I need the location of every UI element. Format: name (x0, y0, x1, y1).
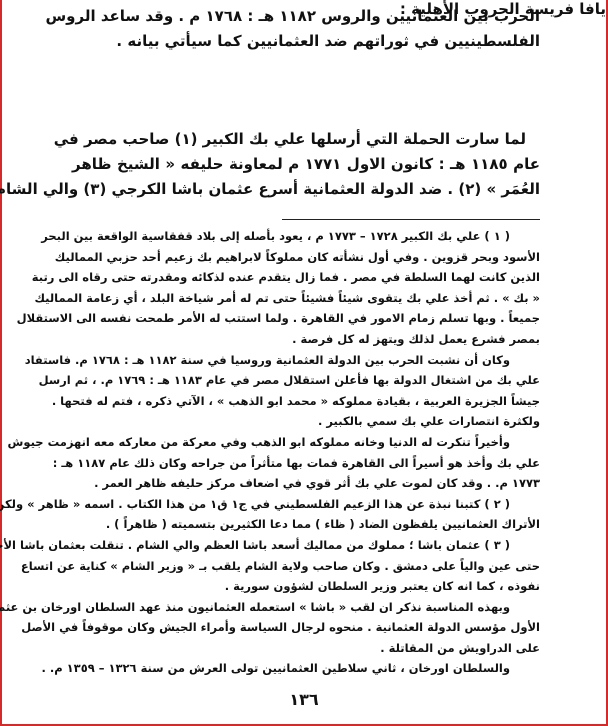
text-line: لما سارت الحملة التي أرسلها علي بك الكبي… (72, 127, 540, 152)
footnote-line: والسلطان اورخان ، ثاني سلاطين العثمانيين… (82, 658, 540, 679)
footnote-divider (282, 219, 540, 220)
footnote-line: وكان أن نشبت الحرب بين الدولة العثمانية … (82, 350, 540, 371)
footnote-line: الأول مؤسس الدولة العثمانية . منحوه لرجا… (82, 617, 540, 638)
footnotes: ( ١ ) علي بك الكبير ١٧٢٨ – ١٧٧٣ م ، يعود… (82, 226, 540, 679)
text-line: العُمَر » (٢) . ضد الدولة العثمانية أسرع… (72, 177, 540, 202)
footnote-line: ( ٣ ) عثمان باشا ؛ مملوك من مماليك أسعد … (82, 535, 540, 556)
footnote-line: وبهذه المناسبة نذكر ان لقب « باشا » استع… (82, 597, 540, 618)
intro-paragraph: الحرب بين العثمانيين والروس ١١٨٢ هـ : ١٧… (72, 4, 540, 54)
footnote-line: ( ٢ ) كتبنا نبذة عن هذا الزعيم الفلسطيني… (82, 494, 540, 515)
footnote-line: علي بك من اشتغال الدولة بها فأعلن استقلا… (82, 370, 540, 391)
text-line: الحرب بين العثمانيين والروس ١١٨٢ هـ : ١٧… (72, 4, 540, 29)
footnote-line: نفوذه ، كما انه كان يعتبر وزير السلطان ل… (82, 576, 540, 597)
footnote-line: جميعاً . وبها تسلم زمام الامور في القاهر… (82, 308, 540, 329)
footnote-line: الأسود وبحر قزوين . وفي أول نشأته كان مم… (82, 247, 540, 268)
footnote-line: جيشاً الجزيرة العربية ، بقيادة مملوكه « … (82, 391, 540, 412)
footnote-line: حتى عين والياً على دمشق . وكان صاحب ولاي… (82, 556, 540, 577)
footnote-line: « بك » . ثم أخذ علي بك يتقوى شيئاً فشيئا… (82, 288, 540, 309)
text-line: الفلسطينيين في ثوراتهم ضد العثمانيين كما… (72, 29, 540, 54)
footnote-line: ولكثرة انتصارات علي بك سمي بالكبير . (82, 411, 540, 432)
footnote-line: الذين كانت لهما السلطة في مصر . فما زال … (82, 267, 540, 288)
footnote-line: بمصر فشرع يعمل لذلك ويتهز له كل فرصة . (82, 329, 540, 350)
scanned-book-page: الحرب بين العثمانيين والروس ١١٨٢ هـ : ١٧… (0, 0, 608, 726)
footnote-line: وأخيراً تنكرت له الدنيا وخانه مملوكه ابو… (82, 432, 540, 453)
footnote-line: علي بك وأخذ هو أسيراً الى القاهرة فمات ب… (82, 453, 540, 474)
footnote-line: ( ١ ) علي بك الكبير ١٧٢٨ – ١٧٧٣ م ، يعود… (82, 226, 540, 247)
section-paragraph: لما سارت الحملة التي أرسلها علي بك الكبي… (72, 127, 540, 202)
footnote-line: ١٧٧٣ م. . وقد كان لموت علي بك أثر قوي في… (82, 473, 540, 494)
footnote-line: على الدراويش من المقاتلة . (82, 638, 540, 659)
page-number: ١٣٦ (2, 690, 606, 709)
text-line: عام ١١٨٥ هـ : كانون الاول ١٧٧١ م لمعاونة… (72, 152, 540, 177)
footnote-line: الأتراك العثمانيين يلفظون الضاد ( ظاء ) … (82, 514, 540, 535)
